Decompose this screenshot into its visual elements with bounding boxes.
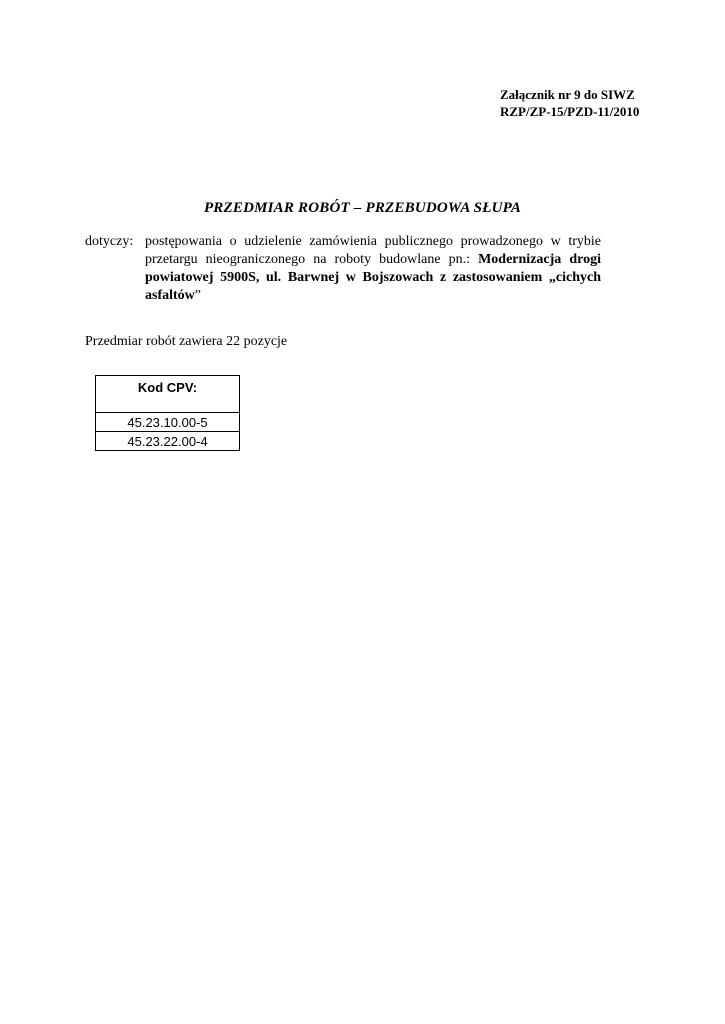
subject-text-closing-quote: ” [195,288,201,303]
table-row: 45.23.22.00-4 [96,432,240,451]
subject-paragraph: dotyczy: postępowania o udzielenie zamów… [85,233,605,305]
cpv-table: Kod CPV: 45.23.10.00-5 45.23.22.00-4 [95,375,240,451]
subject-text: postępowania o udzielenie zamówienia pub… [145,233,601,305]
cpv-code-cell: 45.23.10.00-5 [96,413,240,432]
attachment-header: Załącznik nr 9 do SIWZ RZP/ZP-15/PZD-11/… [500,86,639,120]
document-page: Załącznik nr 9 do SIWZ RZP/ZP-15/PZD-11/… [0,0,725,1024]
table-row: 45.23.10.00-5 [96,413,240,432]
reference-number: RZP/ZP-15/PZD-11/2010 [500,103,639,120]
positions-summary: Przedmiar robót zawiera 22 pozycje [85,334,287,350]
attachment-line: Załącznik nr 9 do SIWZ [500,86,639,103]
subject-label: dotyczy: [85,233,145,305]
cpv-table-header-cell: Kod CPV: [96,376,240,413]
document-title: PRZEDMIAR ROBÓT – PRZEBUDOWA SŁUPA [0,200,725,217]
cpv-table-header-row: Kod CPV: [96,376,240,413]
cpv-code-cell: 45.23.22.00-4 [96,432,240,451]
